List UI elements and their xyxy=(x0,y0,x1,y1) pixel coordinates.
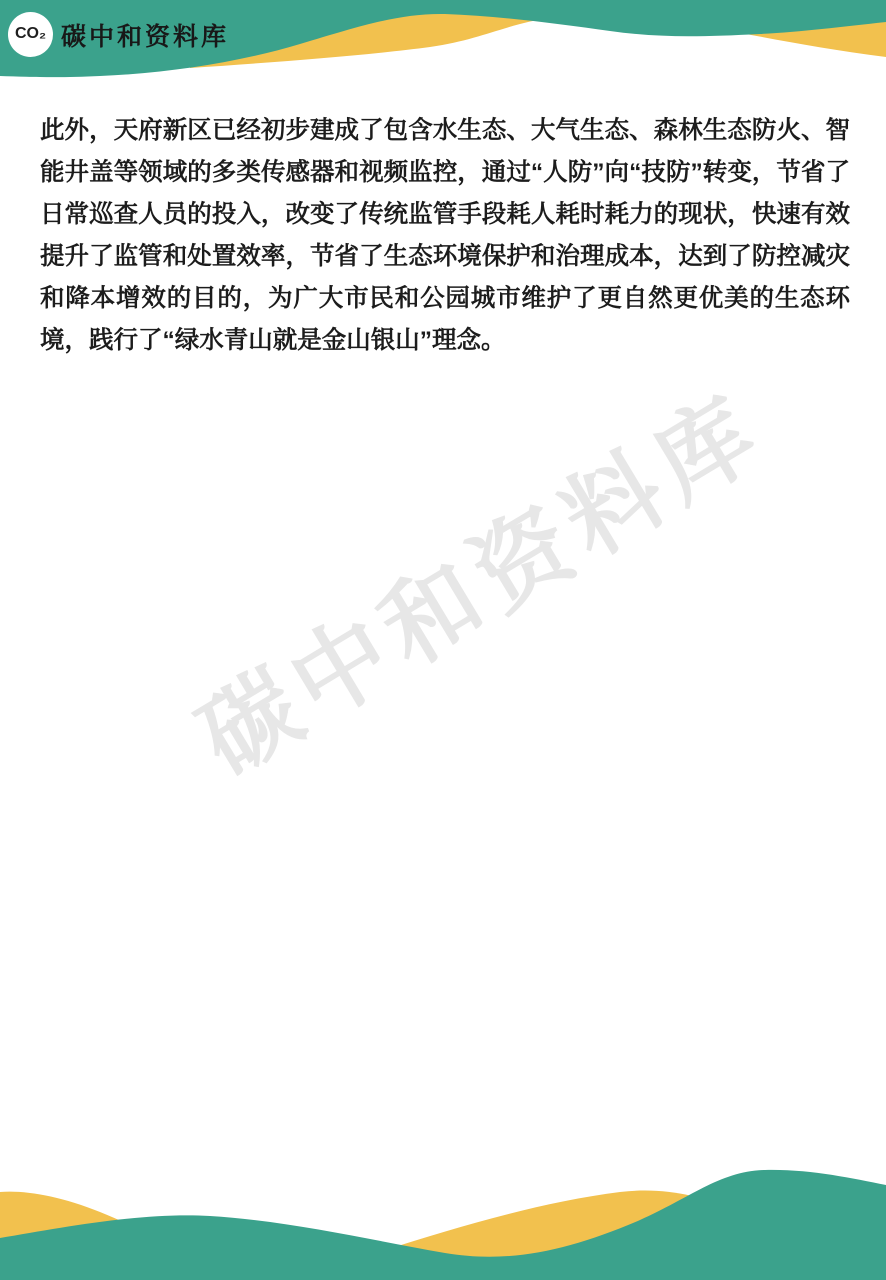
co2-logo-icon: CO₂ xyxy=(8,12,53,57)
co2-logo-text: CO₂ xyxy=(15,25,46,43)
brand-header: CO₂ 碳中和资料库 xyxy=(0,0,229,64)
watermark-text: 碳中和资料库 xyxy=(170,356,786,801)
footer-wave-decoration xyxy=(0,1140,886,1280)
document-page: CO₂ 碳中和资料库 此外，天府新区已经初步建成了包含水生态、大气生态、森林生态… xyxy=(0,0,886,1280)
article-paragraph: 此外，天府新区已经初步建成了包含水生态、大气生态、森林生态防火、智能井盖等领域的… xyxy=(40,110,850,362)
brand-name: 碳中和资料库 xyxy=(61,17,229,53)
footer-teal-wave xyxy=(0,1170,886,1280)
